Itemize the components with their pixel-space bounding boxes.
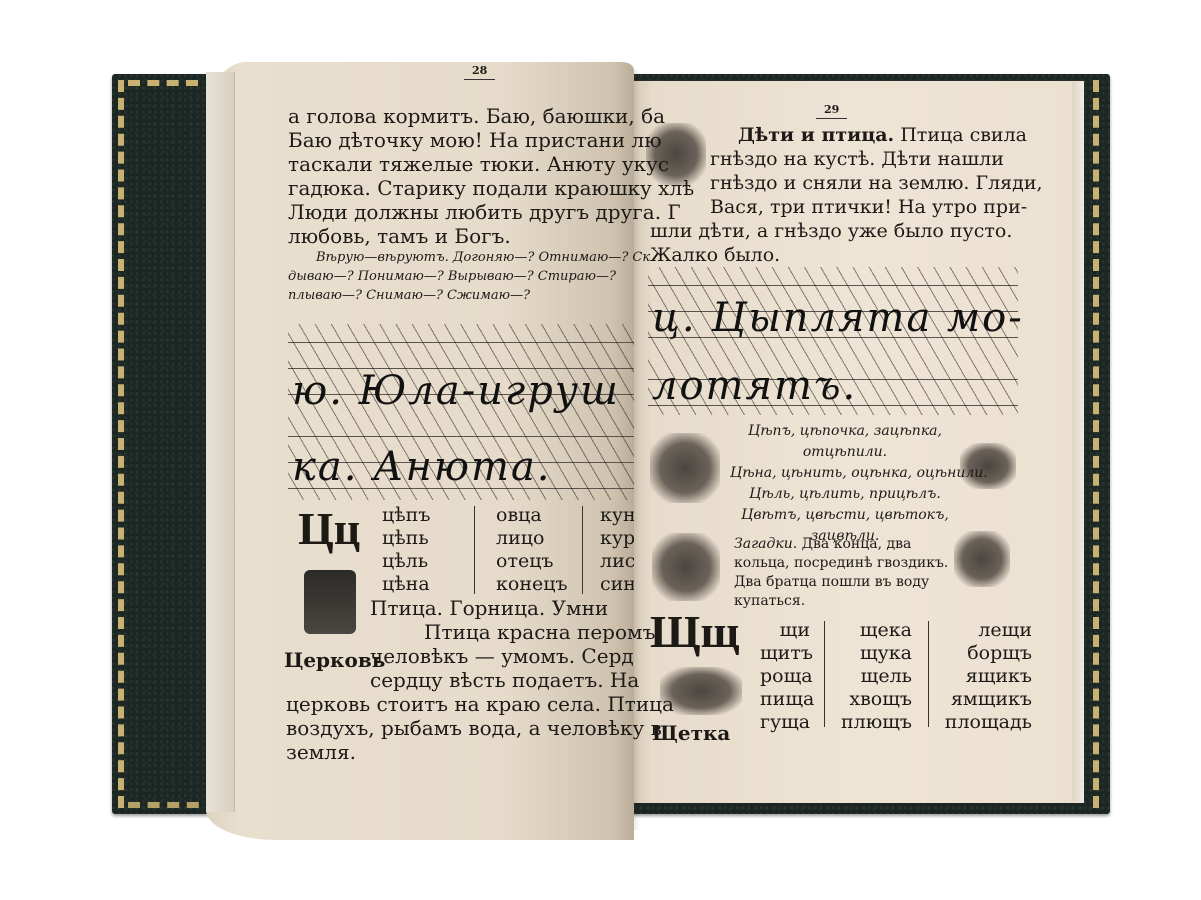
church-illustration: [304, 570, 356, 634]
gold-ornament-top: [128, 80, 198, 86]
story-line: гнѣздо и сняли на землю. Гляди,: [710, 171, 1043, 195]
proverb-line: Птица красна перомъ,: [424, 620, 662, 644]
image-caption: Щетка: [652, 721, 730, 745]
italic-word-line: отцѣпили.: [730, 442, 960, 463]
script-line: ц. Цыплята мо-: [652, 295, 1024, 341]
buckets-illustration: [954, 531, 1010, 587]
exercise-line: дываю—? Понимаю—? Вырываю—? Стираю—?: [288, 267, 616, 286]
word-column-1: щищитърощапищагуща: [760, 619, 810, 734]
chain-illustration: [650, 433, 720, 503]
paragraph-line: а голова кормитъ. Баю, баюшки, ба: [288, 104, 665, 128]
exercise-line: плываю—? Снимаю—? Сжимаю—?: [288, 286, 530, 305]
italic-word-line: Цѣпъ, цѣпочка, зацѣпка,: [730, 421, 960, 442]
script-line: ка. Анюта.: [292, 444, 552, 490]
gold-ornament-right: [1093, 80, 1107, 808]
script-line: лотятъ.: [652, 363, 857, 409]
story-line: гнѣздо на кустѣ. Дѣти нашли: [710, 147, 1004, 171]
italic-word-line: Цѣль, цѣлить, прицѣлъ.: [730, 484, 960, 505]
page-right: 29 Дѣти и птица. Птица свила гнѣздо на к…: [630, 80, 1084, 803]
story-title: Дѣти и птица.: [738, 124, 894, 146]
italic-word-line: Цѣна, цѣнить, оцѣнка, оцѣнили.: [730, 463, 960, 484]
proverb-line: сердцу вѣсть подаетъ. На: [370, 668, 639, 692]
page-number: 29: [816, 103, 847, 119]
letter-heading: Цц: [298, 502, 360, 555]
words-line: Птица. Горница. Умни: [370, 596, 608, 620]
paragraph-line: Баю дѣточку мою! На пристани лю: [288, 128, 662, 152]
proverb-line: человѣкъ — умомъ. Серд: [370, 644, 634, 668]
word-column-2: овцалицоотецъконецъ: [496, 504, 568, 596]
proverb-line: воздухъ, рыбамъ вода, а человѣку в: [286, 716, 662, 740]
word-column-3: куникурилисисини: [600, 504, 634, 596]
letter-heading: Щщ: [650, 605, 739, 658]
proverb-line: земля.: [286, 740, 356, 764]
story-line: Жалко было.: [650, 243, 780, 267]
exercise-line: Вѣрую—вѣруютъ. Догоняю—? Отнимаю—? Ск: [316, 248, 650, 267]
page-number: 28: [464, 64, 495, 80]
riddle-label: Загадки.: [734, 536, 797, 552]
proverb-line: церковь стоитъ на краю села. Птица: [286, 692, 674, 716]
story-line: Вася, три птички! На утро при-: [710, 195, 1027, 219]
word-column-2: щекащукащельхвощъплющъ: [840, 619, 912, 734]
story-line: шли дѣти, а гнѣздо уже было пусто.: [650, 219, 1012, 243]
scissors-illustration: [652, 533, 720, 601]
word-column-1: цѣпъцѣпьцѣльцѣна: [382, 504, 430, 596]
paragraph-line: любовь, тамъ и Богъ.: [288, 224, 511, 248]
paragraph-line: таскали тяжелые тюки. Анюту укус: [288, 152, 669, 176]
italic-word-line: Цвѣтъ, цвѣсти, цвѣтокъ,: [730, 505, 960, 526]
script-line: ю. Юла-игруш: [292, 368, 620, 414]
word-column-3: лещиборщъящикъямщикъплощадь: [940, 619, 1032, 734]
page-left: 28 а голова кормитъ. Баю, баюшки, ба Баю…: [206, 62, 634, 840]
riddle: Загадки. Два конца, два кольца, посредин…: [734, 535, 948, 611]
paragraph-line: Люди должны любить другъ друга. Г: [288, 200, 681, 224]
paragraph-line: гадюка. Старику подали краюшку хлѣ: [288, 176, 694, 200]
gold-ornament-left: [118, 80, 132, 808]
